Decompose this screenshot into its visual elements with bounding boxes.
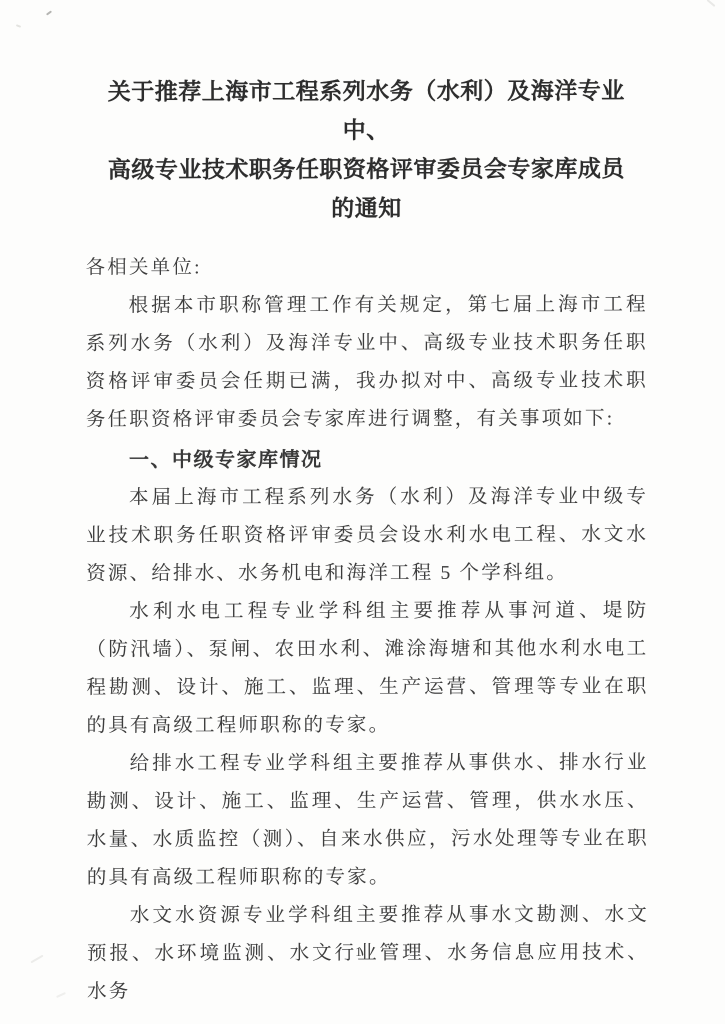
body-paragraph-3: 给排水工程专业学科组主要推荐从事供水、排水行业勘测、设计、施工、监理、生产运营、… [87,744,649,897]
document-title-line: 的通知 [85,188,647,228]
scan-artifact-speck [56,992,66,998]
scanned-document-page: 关于推荐上海市工程系列水务（水利）及海洋专业中、 高级专业技术职务任职资格评审委… [0,0,725,1024]
document-title-line: 关于推荐上海市工程系列水务（水利）及海洋专业中、 [85,71,647,150]
intro-paragraph: 根据本市职称管理工作有关规定，第七届上海市工程系列水务（水利）及海洋专业中、高级… [86,286,648,439]
document-title: 关于推荐上海市工程系列水务（水利）及海洋专业中、 高级专业技术职务任职资格评审委… [85,71,647,228]
scan-artifact-speck [16,24,21,28]
page-number: 1 [0,944,717,960]
salutation: 各相关单位: [86,248,648,287]
body-paragraph-1: 本届上海市工程系列水务（水利）及海洋专业中级专业技术职务任职资格评审委员会设水利… [86,478,648,593]
document-title-line: 高级专业技术职务任职资格评审委员会专家库成员 [85,149,647,189]
body-paragraph-2: 水利水电工程专业学科组主要推荐从事河道、堤防（防汛墙）、泵闸、农田水利、滩涂海塘… [86,592,648,745]
scan-artifact-speck [46,10,52,15]
document-body: 关于推荐上海市工程系列水务（水利）及海洋专业中、 高级专业技术职务任职资格评审委… [85,0,649,1012]
scan-artifact-speck [707,0,716,7]
section-heading: 一、中级专家库情况 [86,440,648,479]
